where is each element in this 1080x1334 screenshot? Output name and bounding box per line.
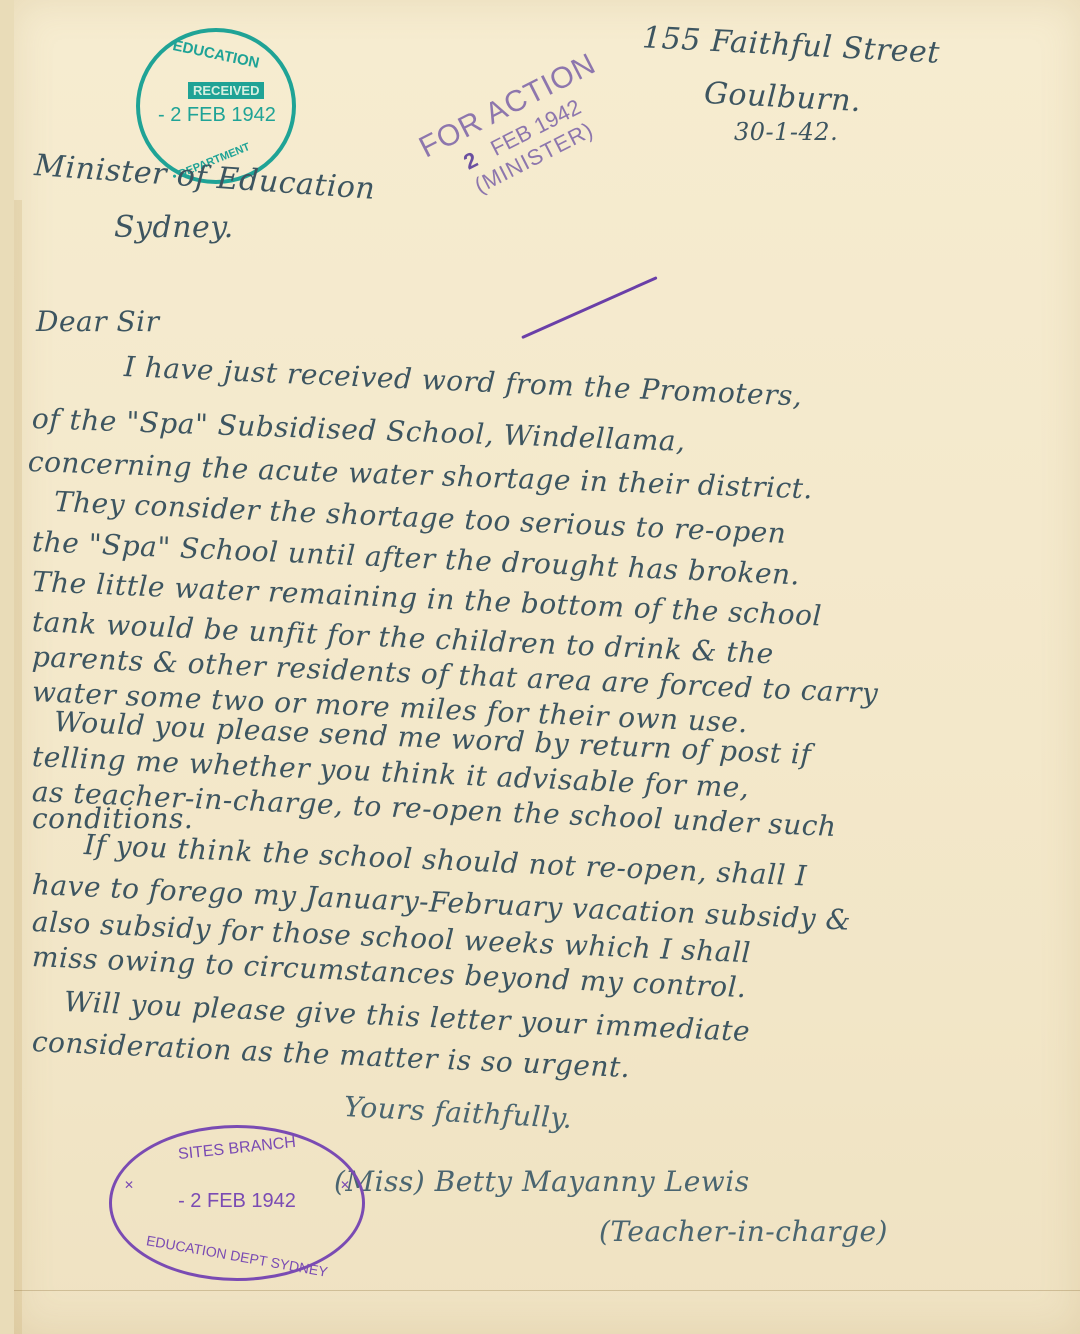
stamp-ring-top: EDUCATION [140,30,292,78]
stamp-date: - 2 FEB 1942 [158,104,276,127]
sender-street: 155 Faithful Street [641,20,940,71]
salutation: Dear Sir [36,305,160,338]
sites-branch-stamp: SITES BRANCH ✕ ✕ - 2 FEB 1942 EDUCATION … [109,1125,365,1281]
recipient-line-2: Sydney. [114,210,234,245]
stamp-date: - 2 FEB 1942 [112,1190,362,1213]
letter-date: 30-1-42. [734,118,838,146]
body-line: I have just received word from the Promo… [123,350,803,413]
letter-page: EDUCATION RECEIVED - 2 FEB 1942 • DEPART… [14,0,1080,1334]
stamp-received-label: RECEIVED [188,82,264,99]
for-action-stamp: FOR ACTION 2FEB 1942 (MINISTER) [414,47,626,213]
signature: (Miss) Betty Mayanny Lewis [334,1165,750,1198]
stamp-ring-bottom: EDUCATION DEPT SYDNEY [132,1230,342,1282]
signature-title: (Teacher-in-charge) [599,1215,888,1248]
stamp-ring-top: SITES BRANCH [112,1127,363,1171]
sender-town: Goulburn. [703,76,862,119]
closing: Yours faithfully. [343,1090,573,1135]
pen-underline-stroke [521,276,657,339]
paper-fold-line [14,1290,1080,1291]
